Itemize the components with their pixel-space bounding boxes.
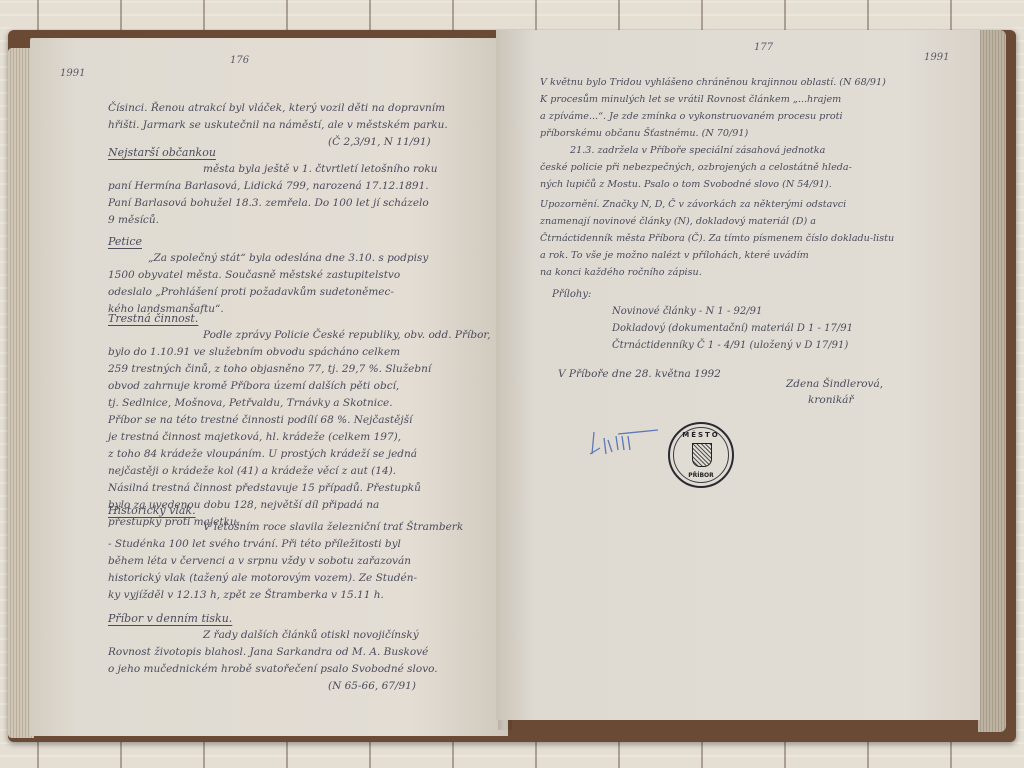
right-page-edges — [978, 30, 1006, 732]
text-line: je trestná činnost majetková, hl. krádež… — [108, 429, 491, 446]
left-page-year: 1991 — [60, 68, 85, 79]
chronicler-title: kronikář — [808, 394, 853, 406]
text-line: Rovnost životopis blahosl. Jana Sarkandr… — [108, 644, 438, 661]
town-stamp: MĚSTO PŘÍBOR — [668, 422, 734, 488]
text-line: Podle zprávy Policie České republiky, ob… — [108, 327, 491, 344]
text-line: 9 měsíců. — [108, 212, 438, 229]
reference: (N 65-66, 67/91) — [108, 678, 438, 695]
text-line: historický vlak (tažený ale motorovým vo… — [108, 570, 463, 587]
signoff-place-date: V Příboře dne 28. května 1992 — [558, 368, 721, 380]
text-line: Příbor se na této trestné činnosti podíl… — [108, 412, 491, 429]
section-oldest-citizen: Nejstarší občankou města byla ještě v 1.… — [108, 144, 438, 229]
section-heading: Trestná činnost. — [108, 310, 491, 327]
section-crime: Trestná činnost. Podle zprávy Policie Če… — [108, 310, 491, 531]
text-line: paní Hermína Barlasová, Lidická 799, nar… — [108, 178, 438, 195]
section-daily-press: Příbor v denním tisku. Z řady dalších čl… — [108, 610, 438, 695]
attachment-item: Čtrnáctidenníky Č 1 - 4/91 (uložený v D … — [552, 337, 853, 354]
text-line: Čtrnáctidenník města Příbora (Č). Za tím… — [540, 230, 894, 247]
text-line: ky vyjížděl v 12.13 h, zpět ze Štramberk… — [108, 587, 463, 604]
text-line: Upozornění. Značky N, D, Č v závorkách z… — [540, 196, 894, 213]
section-heading: Nejstarší občankou — [108, 144, 438, 161]
section-heading: Petice — [108, 233, 428, 250]
text-line: příborskému občanu Šťastnému. (N 70/91) — [540, 125, 886, 142]
text-line: z toho 84 krádeže vloupáním. U prostých … — [108, 446, 491, 463]
text-line: Čísinci. Řenou atrakcí byl vláček, který… — [108, 100, 448, 117]
text-line: ných lupičů z Mostu. Psalo o tom Svobodn… — [540, 176, 886, 193]
text-line: obvod zahrnuje kromě Příbora území další… — [108, 378, 491, 395]
text-line: „Za společný stát“ byla odeslána dne 3.1… — [108, 250, 428, 267]
text-line: Násilná trestná činnost představuje 15 p… — [108, 480, 491, 497]
text-line: znamenají novinové články (N), dokladový… — [540, 213, 894, 230]
right-page-year: 1991 — [924, 52, 949, 63]
text-line: nejčastěji o krádeže kol (41) a krádeže … — [108, 463, 491, 480]
text-line: 21.3. zadržela v Příboře speciální zásah… — [540, 142, 886, 159]
text-line: o jeho mučednickém hrobě svatořečení psa… — [108, 661, 438, 678]
attachments-heading: Přílohy: — [552, 286, 853, 303]
stamp-top-text: MĚSTO — [674, 431, 728, 439]
abbreviation-note: Upozornění. Značky N, D, Č v závorkách z… — [540, 196, 894, 281]
text-line: 1500 obyvatel města. Současně městské za… — [108, 267, 428, 284]
text-line: Z řady dalších článků otiskl novojičínsk… — [108, 627, 438, 644]
text-line: V květnu bylo Tridou vyhlášeno chráněnou… — [540, 74, 886, 91]
open-chronicle-book: 1991 176 Čísinci. Řenou atrakcí byl vláč… — [8, 30, 1016, 742]
left-page-number: 176 — [230, 55, 249, 66]
text-line: tj. Sedlnice, Mošnova, Petřvaldu, Trnávk… — [108, 395, 491, 412]
text-line: Paní Barlasová bohužel 18.3. zemřela. Do… — [108, 195, 438, 212]
text-line: na konci každého ročního zápisu. — [540, 264, 894, 281]
attachment-item: Novinové články - N 1 - 92/91 — [552, 303, 853, 320]
text-line: 259 trestných činů, z toho objasněno 77,… — [108, 361, 491, 378]
text-line: české policie při nebezpečných, ozbrojen… — [540, 159, 886, 176]
text-line: V letošním roce slavila železniční trať … — [108, 519, 463, 536]
text-line: během léta v červenci a v srpnu vždy v s… — [108, 553, 463, 570]
text-line: města byla ještě v 1. čtvrtletí letošníh… — [108, 161, 438, 178]
text-line: - Studénka 100 let svého trvání. Při tét… — [108, 536, 463, 553]
text-line: odeslalo „Prohlášení proti požadavkům su… — [108, 284, 428, 301]
attachments: Přílohy: Novinové články - N 1 - 92/91 D… — [552, 286, 853, 354]
section-heading: Historický vlak. — [108, 502, 463, 519]
text-line: hřišti. Jarmark se uskutečnil na náměstí… — [108, 117, 448, 134]
left-page: 1991 176 Čísinci. Řenou atrakcí byl vláč… — [30, 38, 508, 736]
text-line: bylo do 1.10.91 ve služebním obvodu spác… — [108, 344, 491, 361]
right-intro: V květnu bylo Tridou vyhlášeno chráněnou… — [540, 74, 886, 193]
chronicler-name: Zdena Šindlerová, — [786, 378, 883, 390]
section-heading: Příbor v denním tisku. — [108, 610, 438, 627]
coat-of-arms-icon — [692, 443, 712, 467]
section-petition: Petice „Za společný stát“ byla odeslána … — [108, 233, 428, 318]
attachment-item: Dokladový (dokumentační) materiál D 1 - … — [552, 320, 853, 337]
blue-ink-signature — [588, 428, 668, 458]
right-page: 177 1991 V květnu bylo Tridou vyhlášeno … — [496, 30, 980, 720]
section-historic-train: Historický vlak. V letošním roce slavila… — [108, 502, 463, 604]
text-line: a rok. To vše je možno nalézt v přílohác… — [540, 247, 894, 264]
stamp-bottom-text: PŘÍBOR — [674, 472, 728, 479]
right-page-number: 177 — [754, 42, 773, 53]
text-line: K procesům minulých let se vrátil Rovnos… — [540, 91, 886, 108]
text-line: a zpíváme...“. Je zde zmínka o vykonstru… — [540, 108, 886, 125]
